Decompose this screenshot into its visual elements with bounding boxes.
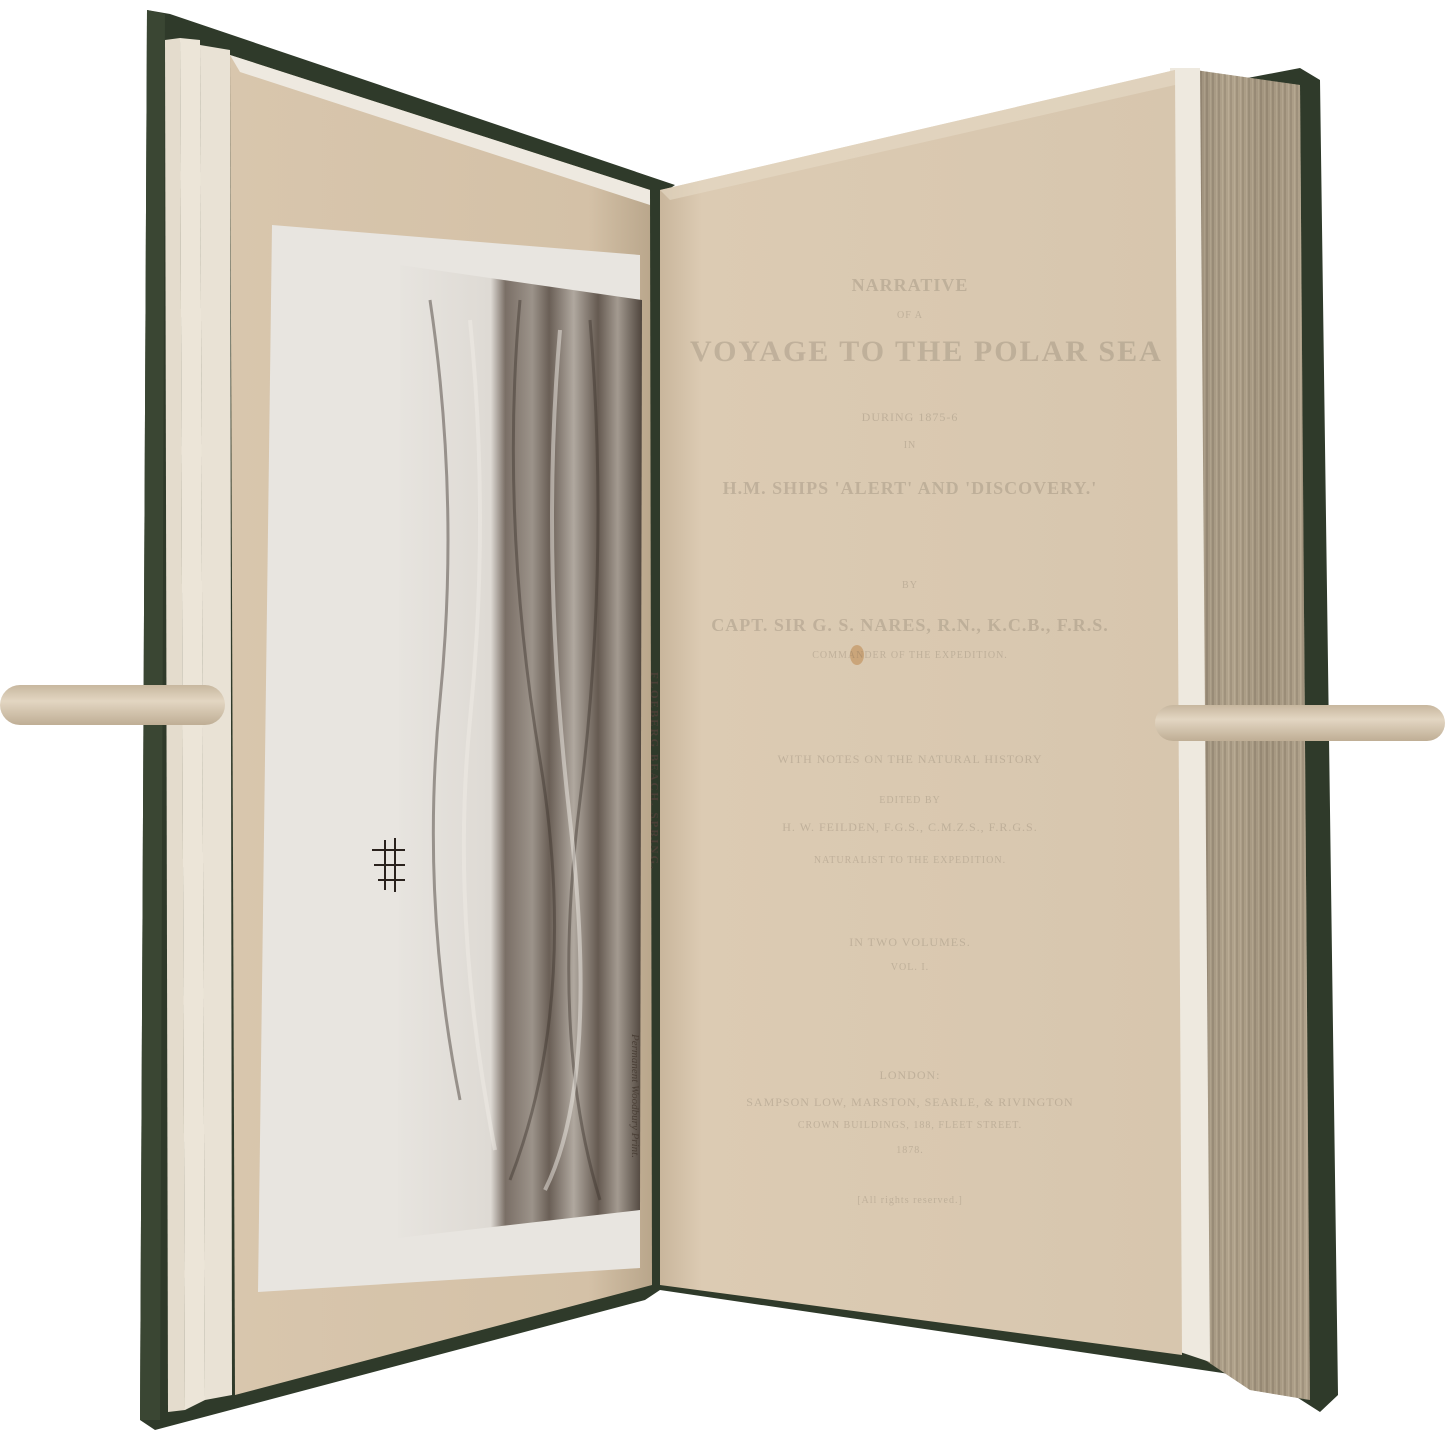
title-line: WITH NOTES ON THE NATURAL HISTORY bbox=[690, 752, 1130, 767]
title-line: OF A bbox=[690, 310, 1130, 321]
title-line: LONDON: bbox=[690, 1068, 1130, 1083]
title-line: COMMANDER OF THE EXPEDITION. bbox=[690, 650, 1130, 661]
title-line: VOYAGE TO THE POLAR SEA bbox=[690, 335, 1130, 369]
plate-credit: Permanent Woodbury Print. bbox=[629, 1034, 641, 1158]
title-line: CAPT. SIR G. S. NARES, R.N., K.C.B., F.R… bbox=[690, 615, 1130, 636]
title-line: IN TWO VOLUMES. bbox=[690, 935, 1130, 950]
title-line: EDITED BY bbox=[690, 795, 1130, 806]
title-line: CROWN BUILDINGS, 188, FLEET STREET. bbox=[690, 1120, 1130, 1131]
right-page bbox=[660, 70, 1182, 1355]
title-line: NATURALIST TO THE EXPEDITION. bbox=[690, 855, 1130, 866]
title-line: [All rights reserved.] bbox=[690, 1195, 1130, 1206]
title-line: BY bbox=[690, 580, 1130, 591]
right-page-holder-rod bbox=[1155, 705, 1445, 741]
left-page-holder-rod bbox=[0, 685, 225, 725]
book-photo bbox=[0, 0, 1445, 1445]
title-line: IN bbox=[690, 440, 1130, 451]
title-line: H.M. SHIPS 'ALERT' AND 'DISCOVERY.' bbox=[690, 478, 1130, 499]
title-line: H. W. FEILDEN, F.G.S., C.M.Z.S., F.R.G.S… bbox=[690, 820, 1130, 835]
title-line: SAMPSON LOW, MARSTON, SEARLE, & RIVINGTO… bbox=[690, 1095, 1130, 1110]
title-line: VOL. I. bbox=[690, 962, 1130, 973]
title-line: DURING 1875-6 bbox=[690, 410, 1130, 425]
title-line: 1878. bbox=[690, 1145, 1130, 1156]
title-line: NARRATIVE bbox=[690, 275, 1130, 296]
plate-caption: FLOEBERG BEACH. SPRING. bbox=[648, 672, 660, 871]
